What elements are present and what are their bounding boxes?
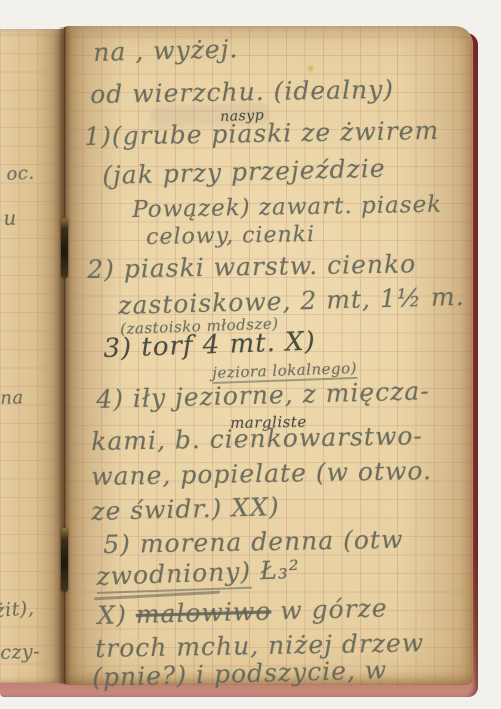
notebook-photo: { "palette": { "scan_background": "#f2f1… (0, 0, 501, 709)
note-line: 5) morena denna (otw (103, 527, 404, 557)
note-line: 1)(grube piaski ze żwirem (84, 118, 439, 149)
note-line-rest: w górze (271, 593, 388, 625)
note-line: 2) piaski warstw. cienko (87, 251, 416, 282)
note-line: wane, popielate (w otwo. (91, 458, 432, 489)
footnote-marker: X) (97, 600, 136, 630)
underlined-word: zwodniony) (96, 557, 252, 594)
staple-top (61, 218, 68, 278)
left-page-text-fragment: u (3, 208, 17, 228)
note-line: kami, b. cienkowarstwo- (91, 423, 423, 454)
crossed-out-word: malowiwo (135, 596, 271, 629)
left-page-text-fragment: oc. (6, 165, 35, 184)
note-line: Powązek) zawart. piasek (132, 194, 442, 222)
staple-bottom (61, 528, 68, 592)
note-line: celowy, cienki (146, 224, 315, 249)
note-line: (pnie?) i podszycie, w (92, 657, 388, 690)
note-line: 3) torf 4 mt. X) (103, 329, 316, 362)
paper-stain (306, 64, 315, 73)
left-page-text-fragment: czy- (0, 643, 40, 663)
note-line: (jak przy przejeździe (102, 156, 386, 188)
note-line: zwodniony) Ł₃² (96, 557, 300, 589)
left-page-text-fragment: żit), (0, 599, 35, 621)
note-line-rest: Ł₃² (251, 555, 301, 586)
note-line: na , wyżej. (93, 36, 239, 65)
note-line: ze świdr.) XX) (91, 494, 280, 524)
note-line: od wierzchu. (idealny) (90, 77, 394, 107)
left-page-edge (0, 29, 64, 683)
left-page-text-fragment: na (0, 389, 24, 408)
note-line: X) malowiwo w górze (97, 595, 388, 628)
